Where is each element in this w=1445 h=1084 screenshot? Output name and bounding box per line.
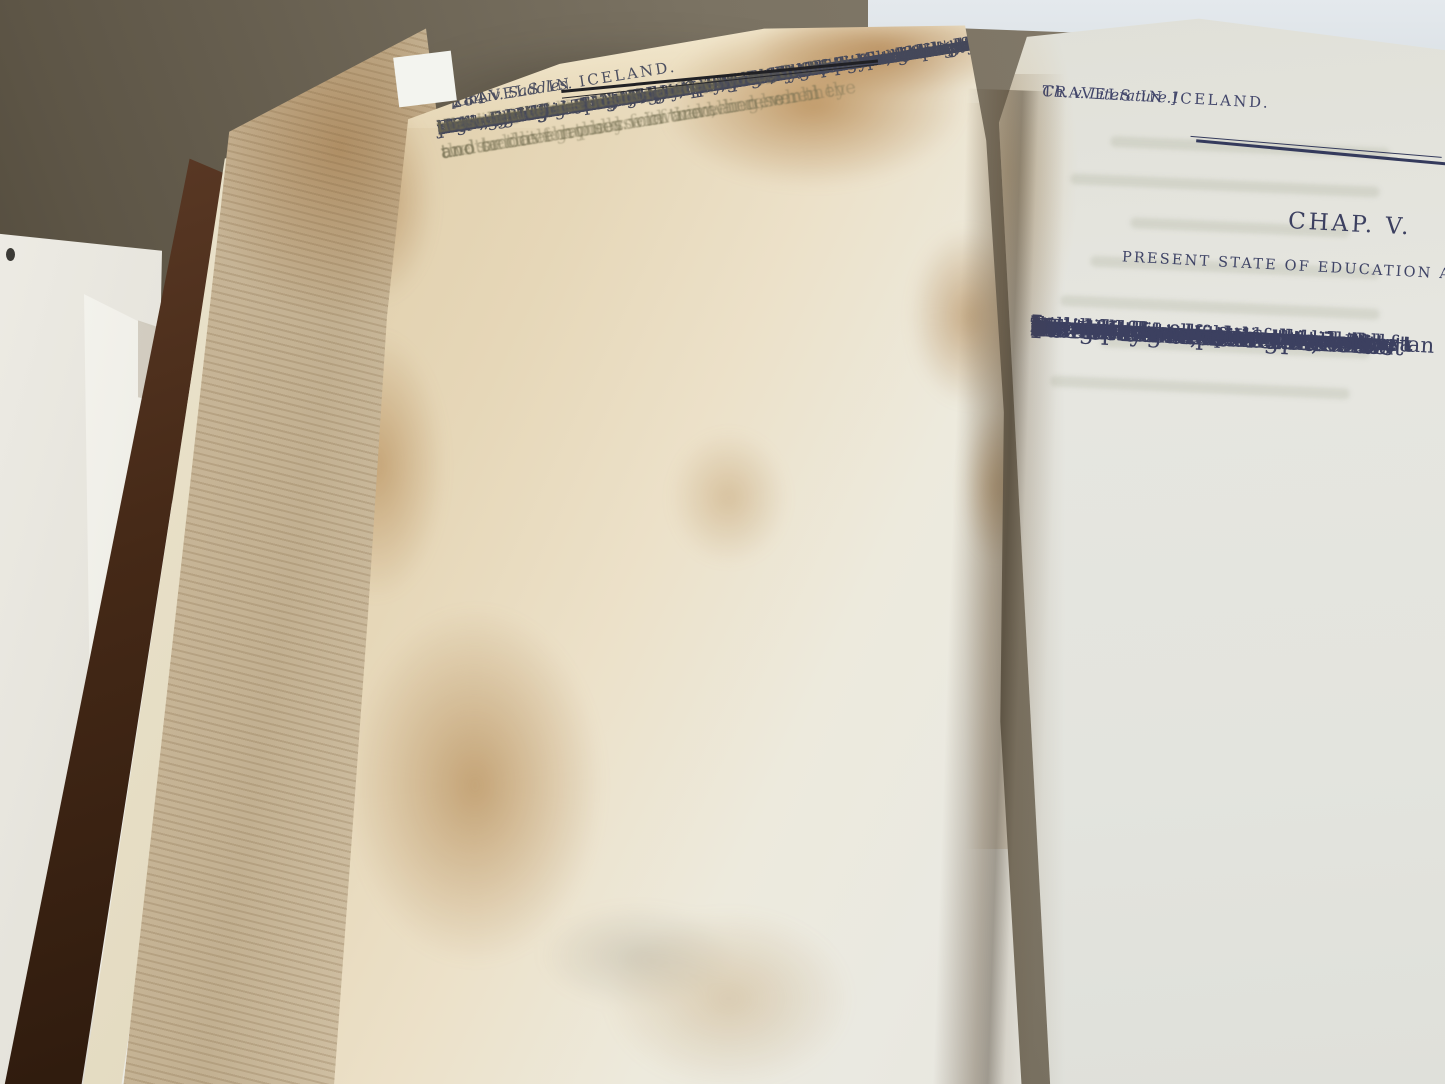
right-page-text: Ch. v. Literature.] TRAVELS IN ICELAND. … (1031, 82, 1445, 340)
left-page: 284 TRAVELS IN ICELAND. [Ch. iv. Saddles… (320, 18, 1025, 1084)
separator-rule (1190, 136, 1442, 166)
book-photo-scene: 284 TRAVELS IN ICELAND. [Ch. iv. Saddles… (0, 0, 1445, 1084)
white-page-sliver (393, 51, 457, 108)
show-through-smudge (1050, 375, 1350, 399)
running-title: TRAVELS IN ICELAND. (1042, 82, 1271, 112)
box-dot-mark (6, 248, 15, 261)
chapter-heading: CHAP. V. (1287, 208, 1445, 246)
right-page-header: Ch. v. Literature.] TRAVELS IN ICELAND. (1043, 82, 1407, 101)
text-line: the glory of the Icelanders (1029, 315, 1366, 359)
stain-overlay (320, 18, 1025, 1084)
second-paragraph: The picture of the presentmuch less impo… (1031, 315, 1445, 340)
section-heading: PRESENT STATE OF EDUCATION AND (1122, 249, 1445, 285)
